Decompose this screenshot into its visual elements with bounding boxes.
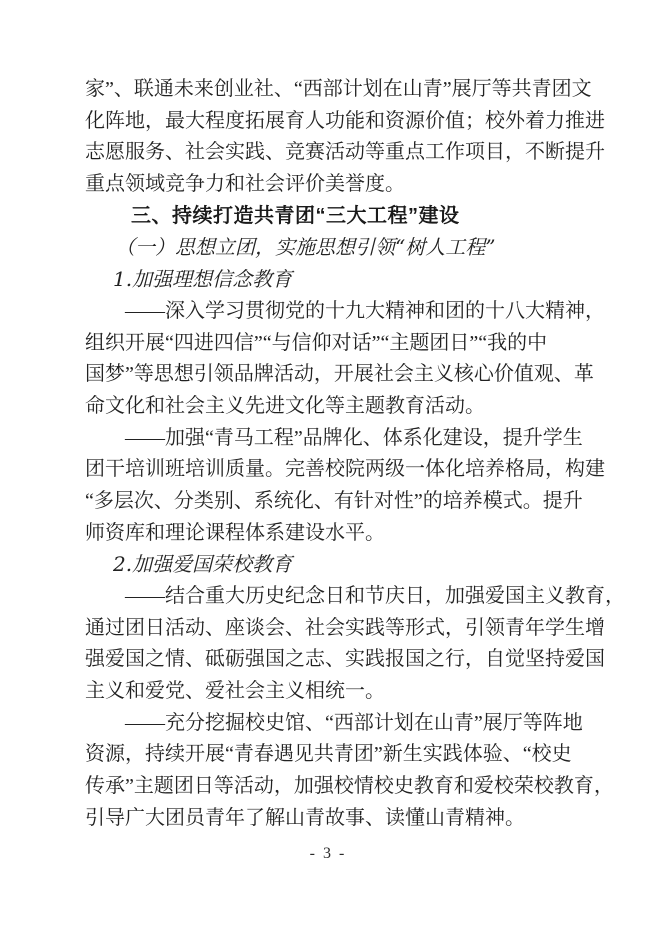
text-line: “多层次、分类别、系统化、有针对性”的培养模式。提升 [85,486,585,518]
text-line: 三、持续打造共青团“三大工程”建设 [85,201,585,233]
text-line: 组织开展“四进四信”“与信仰对话”“主题团日”“我的中 [85,328,585,360]
document-page: 家”、联通未来创业社、“西部计划在山青”展厅等共青团文化阵地，最大程度拓展育人功… [0,0,656,927]
text-line: 1.加强理想信念教育 [85,264,585,296]
text-line: ——加强“青马工程”品牌化、体系化建设，提升学生 [85,423,585,455]
text-line: ——深入学习贯彻党的十九大精神和团的十八大精神， [85,296,585,328]
text-line: 重点领域竞争力和社会评价美誉度。 [85,169,585,201]
text-line: 传承”主题团日等活动，加强校情校史教育和爱校荣校教育， [85,771,585,803]
text-line: 主义和爱党、爱社会主义相统一。 [85,676,585,708]
page-number: - 3 - [0,844,656,864]
text-line: 通过团日活动、座谈会、社会实践等形式，引领青年学生增 [85,613,585,645]
text-line: 家”、联通未来创业社、“西部计划在山青”展厅等共青团文 [85,74,585,106]
text-line: 2.加强爱国荣校教育 [85,549,585,581]
text-line: 引导广大团员青年了解山青故事、读懂山青精神。 [85,803,585,835]
text-line: （一）思想立团，实施思想引领“树人工程” [85,232,585,264]
text-line: ——结合重大历史纪念日和节庆日，加强爱国主义教育， [85,581,585,613]
text-line: 化阵地，最大程度拓展育人功能和资源价值；校外着力推进 [85,106,585,138]
text-line: 资源，持续开展“青春遇见共青团”新生实践体验、“校史 [85,739,585,771]
text-line: 命文化和社会主义先进文化等主题教育活动。 [85,391,585,423]
text-line: 师资库和理论课程体系建设水平。 [85,518,585,550]
document-body: 家”、联通未来创业社、“西部计划在山青”展厅等共青团文化阵地，最大程度拓展育人功… [85,74,585,835]
text-line: ——充分挖掘校史馆、“西部计划在山青”展厅等阵地 [85,708,585,740]
text-line: 国梦”等思想引领品牌活动，开展社会主义核心价值观、革 [85,359,585,391]
text-line: 志愿服务、社会实践、竞赛活动等重点工作项目，不断提升 [85,137,585,169]
text-line: 团干培训班培训质量。完善校院两级一体化培养格局，构建 [85,454,585,486]
text-line: 强爱国之情、砥砺强国之志、实践报国之行，自觉坚持爱国 [85,644,585,676]
